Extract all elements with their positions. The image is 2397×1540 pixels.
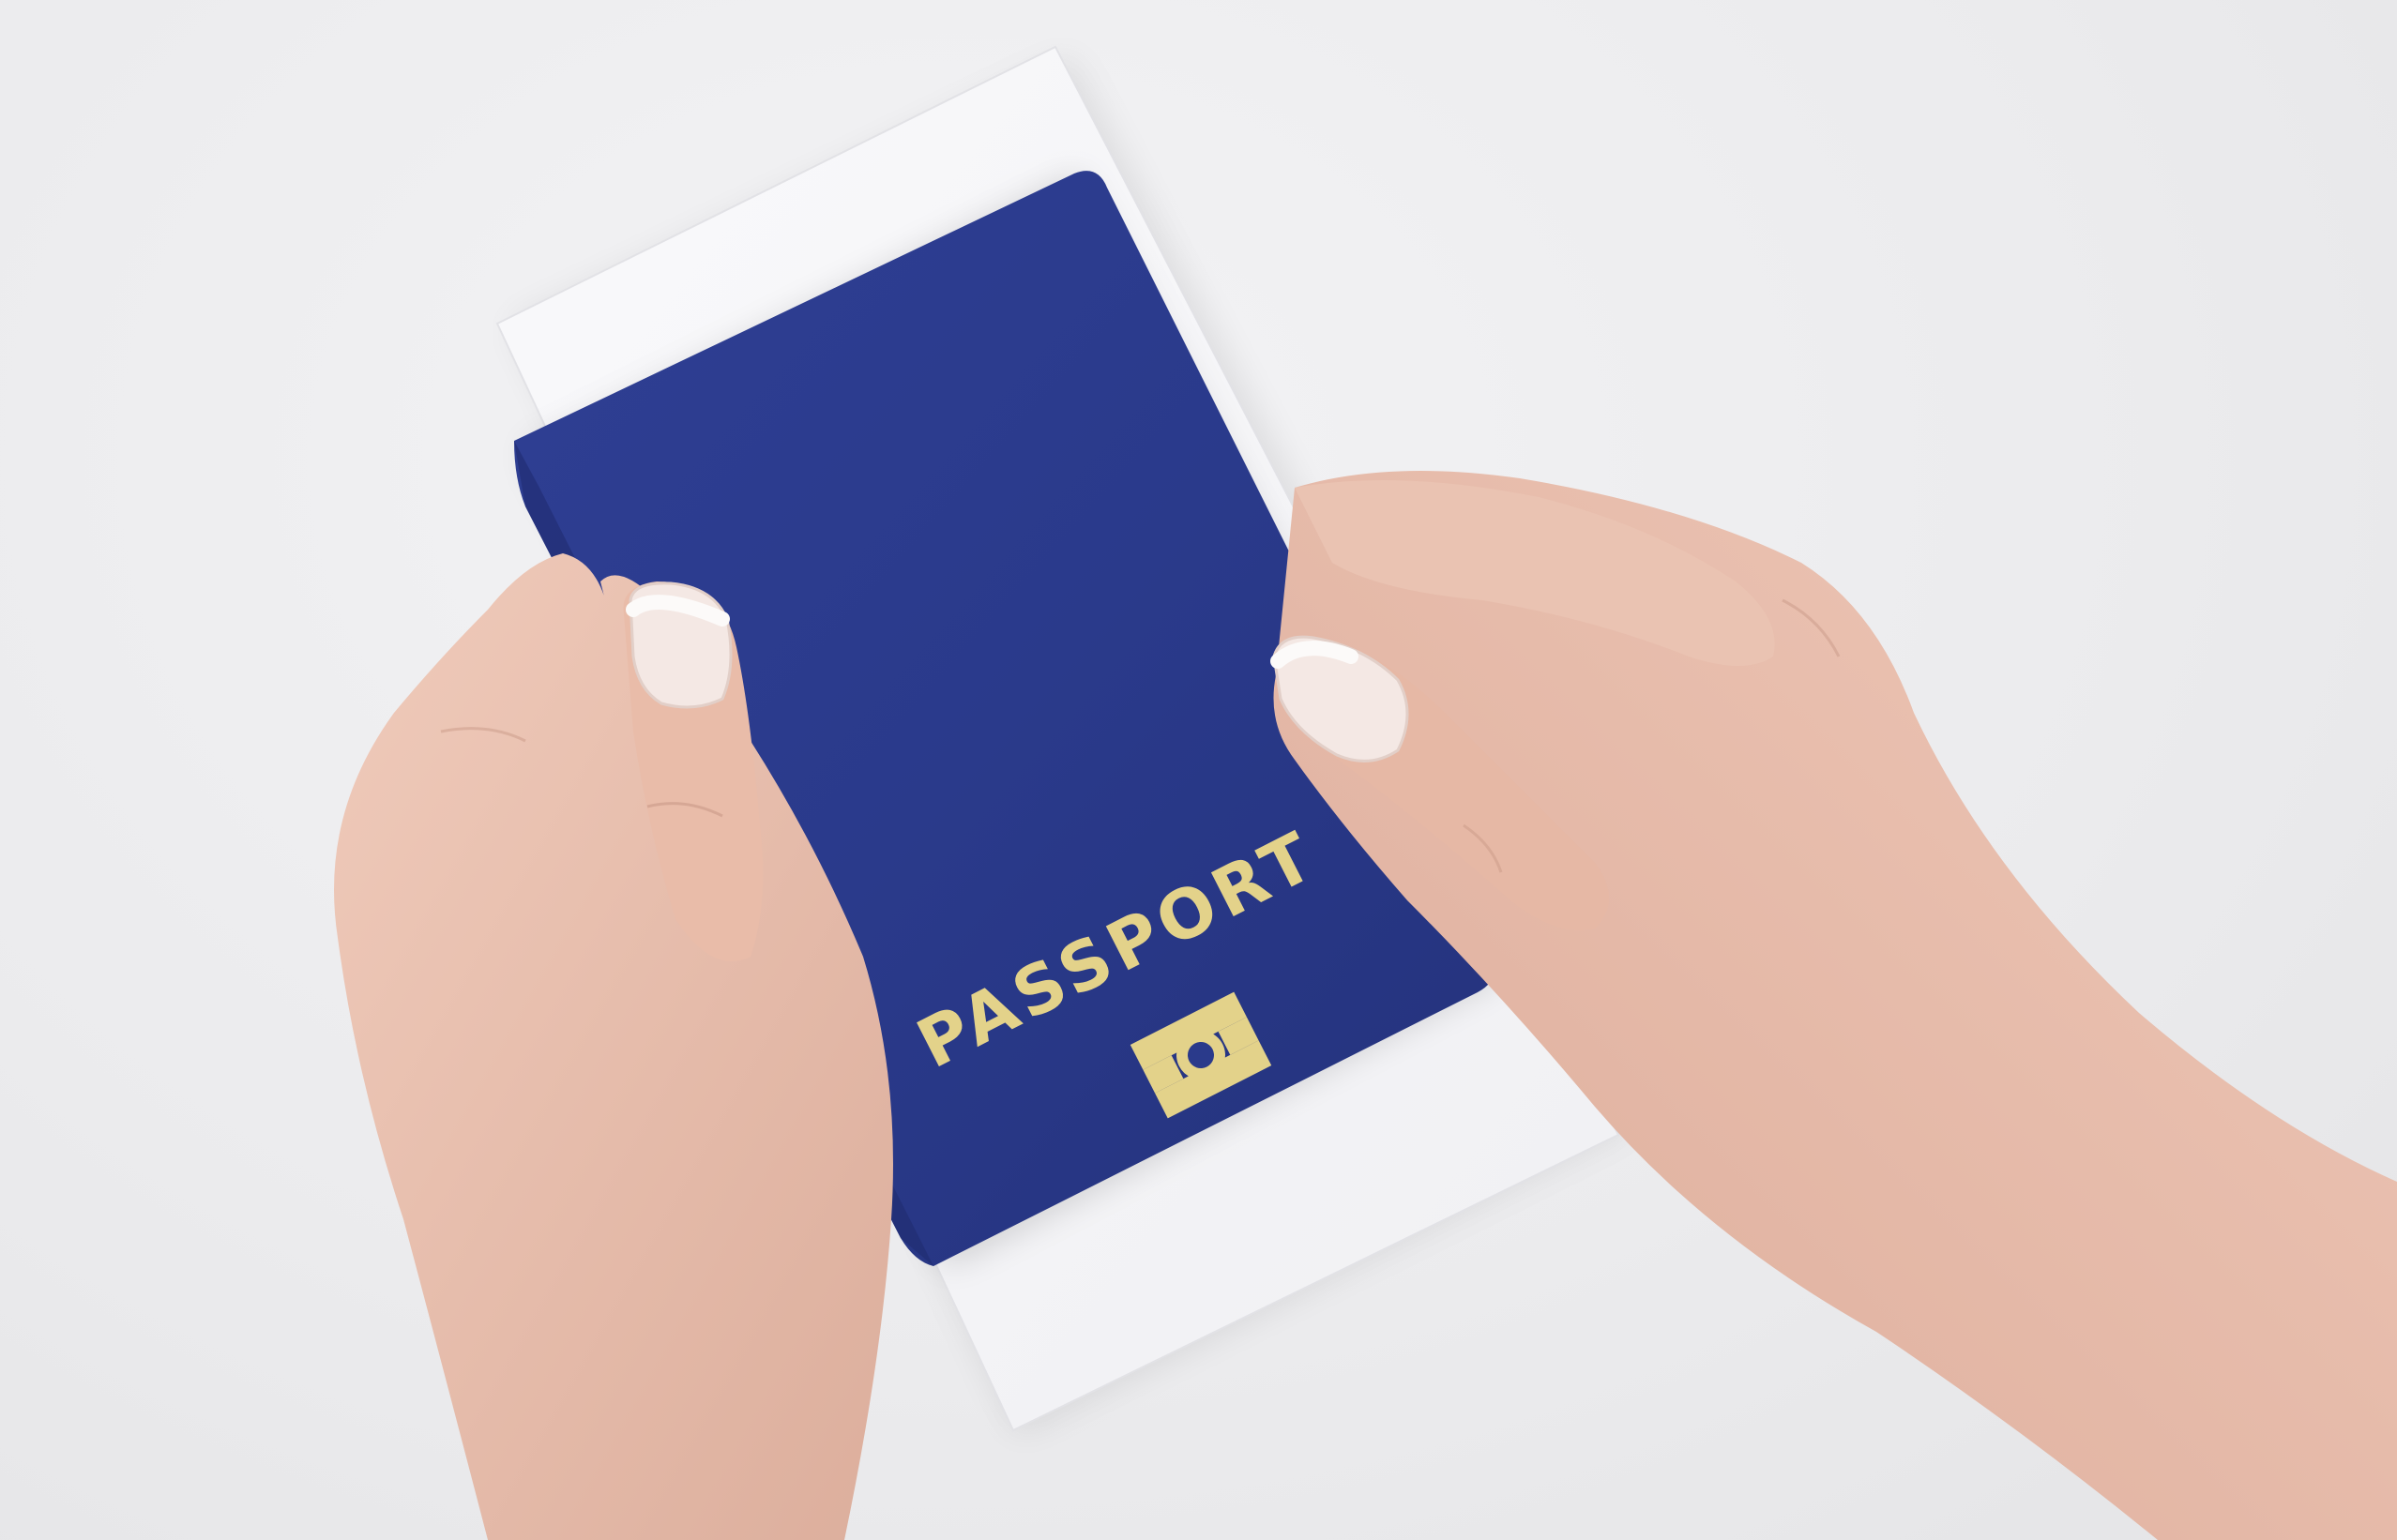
photo-illustration: PASSPORT — [0, 0, 2397, 1540]
photo-scene: PASSPORT — [0, 0, 2397, 1540]
